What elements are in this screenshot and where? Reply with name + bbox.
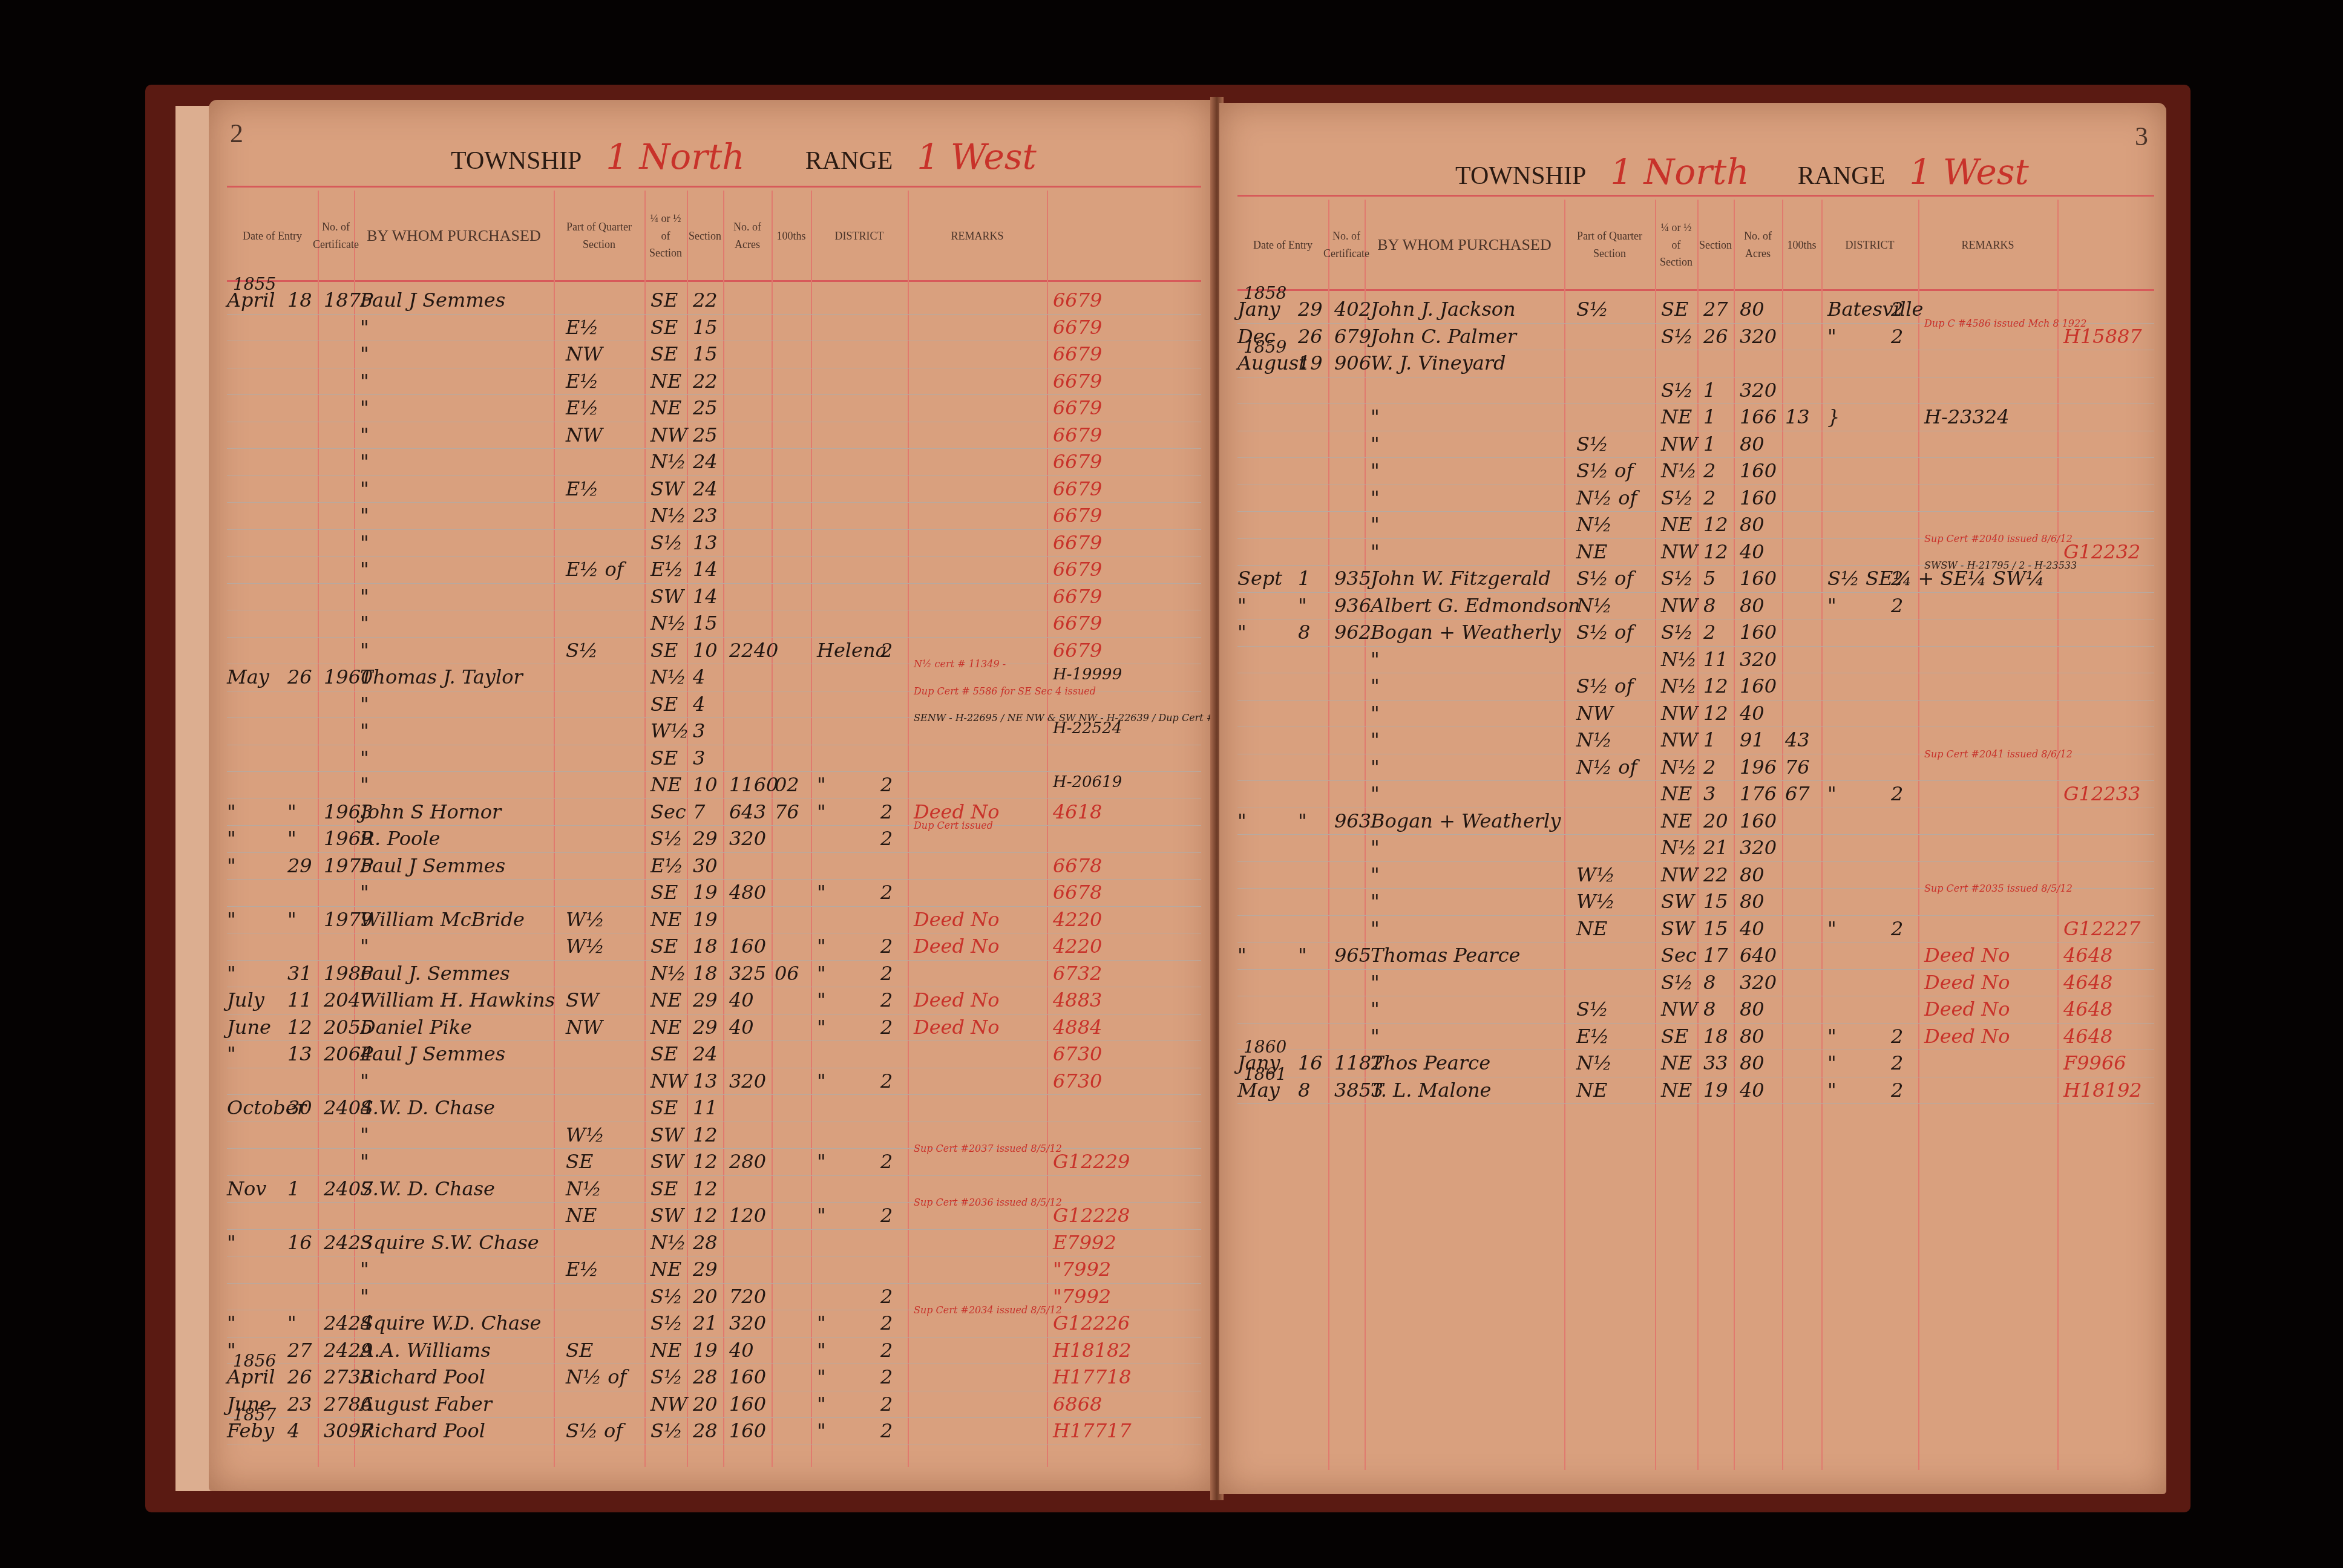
quarter-cell: NW xyxy=(1661,998,1698,1021)
month-cell: " xyxy=(227,1042,236,1065)
section-cell: 12 xyxy=(1703,702,1728,725)
acres-cell: 160 xyxy=(729,1393,766,1416)
day-cell: 29 xyxy=(1298,298,1323,321)
section-cell: 18 xyxy=(693,962,718,985)
acres-cell: 196 xyxy=(1740,756,1777,779)
quarter-cell: S½ xyxy=(650,1365,683,1388)
acres-cell: 160 xyxy=(729,1365,766,1388)
section-cell: 18 xyxy=(693,935,718,958)
name-cell: " xyxy=(1371,1025,1380,1048)
name-cell: John S Hornor xyxy=(360,800,501,823)
table-row: S½1320 xyxy=(1237,377,2154,405)
name-cell: T. L. Malone xyxy=(1371,1079,1491,1102)
name-cell: " xyxy=(360,477,369,500)
hundredths-cell: 06 xyxy=(775,962,799,985)
quarter-cell: SE xyxy=(650,639,678,662)
section-cell: 3 xyxy=(693,719,705,742)
part-cell: E½ xyxy=(566,316,598,339)
table-row: "S½136679 xyxy=(227,530,1201,557)
table-row: October302404S.W. D. ChaseSE11 xyxy=(227,1095,1201,1122)
name-cell: Thos Pearce xyxy=(1371,1051,1490,1074)
name-cell: " xyxy=(360,935,369,958)
name-cell: John W. Fitzgerald xyxy=(1371,567,1551,590)
part-cell: W½ xyxy=(566,908,605,931)
section-cell: 26 xyxy=(1703,325,1728,348)
name-cell: Bogan + Weatherly xyxy=(1371,809,1561,832)
section-cell: 24 xyxy=(693,450,718,473)
column-header: Date of Entry xyxy=(1237,206,1328,284)
dist-no-cell: 2 xyxy=(880,1312,893,1334)
table-row: ""1963John S HornorSec764376"2Deed No461… xyxy=(227,799,1201,826)
day-cell: 26 xyxy=(1298,325,1323,348)
column-header: ¼ or ½ of Section xyxy=(644,197,687,275)
table-row: "SESW12280"2Sup Cert #2037 issued 8/5/12… xyxy=(227,1149,1201,1176)
table-row: "S½NW880Deed No4648 xyxy=(1237,996,2154,1024)
quarter-cell: NW xyxy=(650,1393,687,1416)
part-cell: N½ xyxy=(1576,1051,1612,1074)
ledger-table: Date of EntryNo. of CertificateBY WHOM P… xyxy=(1237,200,2154,1470)
quarter-cell: S½ xyxy=(1661,379,1693,402)
table-row: "SE19480"26678 xyxy=(227,880,1201,907)
quarter-cell: NE xyxy=(650,773,681,796)
section-cell: 5 xyxy=(1703,567,1715,590)
acres-cell: 80 xyxy=(1740,594,1765,617)
part-cell: NE xyxy=(1576,1079,1607,1102)
table-row: "NE10116002"2H-20619 xyxy=(227,772,1201,799)
column-header: Section xyxy=(1697,206,1734,284)
day-cell: 23 xyxy=(287,1393,312,1416)
ref-cell: 6679 xyxy=(1053,477,1102,500)
section-cell: 15 xyxy=(693,612,718,635)
name-cell: " xyxy=(1371,863,1380,886)
remarks-cell: Sup Cert #2037 issued 8/5/12 xyxy=(914,1143,1062,1154)
remarks-cell: Dup C #4586 issued Mch 8 1922 xyxy=(1924,318,2086,329)
acres-cell: 325 xyxy=(729,962,766,985)
quarter-cell: N½ xyxy=(1661,756,1697,779)
part-cell: E½ xyxy=(566,1258,598,1281)
table-row: ""2424Squire W.D. ChaseS½21320"2Sup Cert… xyxy=(227,1310,1201,1338)
name-cell: " xyxy=(360,342,369,365)
part-cell: N½ xyxy=(1576,728,1612,751)
acres-cell: 40 xyxy=(729,1016,754,1039)
district-cell: " xyxy=(817,1070,826,1093)
name-cell: Paul J Semmes xyxy=(360,854,505,877)
section-cell: 15 xyxy=(1703,917,1728,940)
name-cell: " xyxy=(1371,782,1380,805)
ref-cell: H-20619 xyxy=(1053,773,1122,791)
section-cell: 13 xyxy=(693,1070,718,1093)
section-cell: 12 xyxy=(693,1177,718,1200)
part-cell: S½ of xyxy=(566,1419,623,1442)
quarter-cell: Sec xyxy=(650,800,686,823)
section-cell: 1 xyxy=(1703,405,1715,428)
table-row: "NW13320"26730 xyxy=(227,1068,1201,1096)
dist-no-cell: 2 xyxy=(880,1365,893,1388)
table-row: 1859August19906W. J. Vineyard xyxy=(1237,350,2154,377)
page-number: 2 xyxy=(230,118,243,149)
acres-cell: 166 xyxy=(1740,405,1777,428)
table-row: "311986Paul J. SemmesN½1832506"26732 xyxy=(227,961,1201,988)
quarter-cell: E½ xyxy=(650,854,683,877)
section-cell: 21 xyxy=(1703,836,1728,859)
part-cell: S½ xyxy=(566,639,598,662)
section-cell: 20 xyxy=(693,1393,718,1416)
quarter-cell: SE xyxy=(650,1042,678,1065)
section-cell: 4 xyxy=(693,693,705,716)
acres-cell: 160 xyxy=(1740,459,1777,482)
table-row: "SW146679 xyxy=(227,584,1201,611)
quarter-cell: S½ xyxy=(1661,486,1693,509)
part-cell: SE xyxy=(566,1150,593,1173)
quarter-cell: S½ xyxy=(1661,621,1693,644)
table-row: "N½236679 xyxy=(227,503,1201,530)
quarter-cell: NE xyxy=(650,1258,681,1281)
name-cell: W. J. Vineyard xyxy=(1371,351,1506,374)
flyleaf xyxy=(175,106,212,1491)
remarks-cell: N½ cert # 11349 - xyxy=(914,658,1006,670)
right-page: 3 TOWNSHIP 1 North RANGE 1 West Date of … xyxy=(1219,103,2166,1494)
acres-cell: 320 xyxy=(1740,325,1777,348)
section-cell: 15 xyxy=(1703,890,1728,913)
section-cell: 8 xyxy=(1703,998,1715,1021)
quarter-cell: N½ xyxy=(1661,675,1697,697)
dist-no-cell: 2 xyxy=(1891,325,1903,348)
ref-cell: 6679 xyxy=(1053,558,1102,581)
ref-cell: 6679 xyxy=(1053,370,1102,393)
acres-cell: 320 xyxy=(1740,971,1777,994)
acres-cell: 160 xyxy=(1740,486,1777,509)
section-cell: 11 xyxy=(1703,648,1728,671)
section-cell: 29 xyxy=(693,988,718,1011)
quarter-cell: NE xyxy=(1661,513,1692,536)
acres-cell: 320 xyxy=(729,827,766,850)
name-cell: " xyxy=(1371,486,1380,509)
section-cell: 2 xyxy=(1703,756,1715,779)
remarks-cell: Deed No xyxy=(914,935,999,958)
dist-no-cell: 2 xyxy=(880,988,893,1011)
section-cell: 24 xyxy=(693,477,718,500)
ref-cell: G12227 xyxy=(2063,917,2140,940)
day-cell: " xyxy=(1298,944,1307,967)
column-header: No. of Acres xyxy=(1734,206,1782,284)
name-cell: " xyxy=(360,1258,369,1281)
table-row: 1856April262733Richard PoolN½ ofS½28160"… xyxy=(227,1364,1201,1391)
part-cell: N½ xyxy=(1576,513,1612,536)
quarter-cell: NW xyxy=(1661,702,1698,725)
part-cell: N½ of xyxy=(1576,486,1637,509)
quarter-cell: NW xyxy=(1661,540,1698,563)
column-header: No. of Acres xyxy=(723,197,772,275)
table-row: "S½NW180 xyxy=(1237,431,2154,459)
quarter-cell: Sec xyxy=(1661,944,1697,967)
township-value: 1 North xyxy=(1610,151,1749,192)
ref-cell: H17717 xyxy=(1053,1419,1132,1442)
part-cell: NE xyxy=(566,1204,597,1227)
district-cell: " xyxy=(817,988,826,1011)
ref-cell: H15887 xyxy=(2063,325,2142,348)
part-cell: S½ of xyxy=(1576,459,1633,482)
acres-cell: 320 xyxy=(729,1070,766,1093)
quarter-cell: SE xyxy=(650,316,678,339)
section-cell: 1 xyxy=(1703,379,1715,402)
quarter-cell: NE xyxy=(650,908,681,931)
name-cell: " xyxy=(360,773,369,796)
month-cell: April xyxy=(227,289,275,312)
quarter-cell: N½ xyxy=(1661,836,1697,859)
day-cell: 1 xyxy=(287,1177,300,1200)
part-cell: E½ xyxy=(566,370,598,393)
table-row: "E½NE29"7992 xyxy=(227,1256,1201,1284)
section-cell: 2 xyxy=(1703,486,1715,509)
month-cell: " xyxy=(1237,809,1247,832)
acres-cell: 160 xyxy=(1740,621,1777,644)
name-cell: John J. Jackson xyxy=(1371,298,1516,321)
month-cell: June xyxy=(227,1016,271,1039)
section-cell: 3 xyxy=(693,746,705,769)
page-title: TOWNSHIP 1 North RANGE 1 West xyxy=(451,136,1037,177)
range-label: RANGE xyxy=(805,146,893,175)
acres-cell: 80 xyxy=(1740,998,1765,1021)
quarter-cell: N½ xyxy=(650,504,686,527)
table-row: "E½SE156679 xyxy=(227,315,1201,342)
name-cell: " xyxy=(1371,513,1380,536)
month-cell: Nov xyxy=(227,1177,266,1200)
cert-cell: 935 xyxy=(1334,567,1371,590)
quarter-cell: SW xyxy=(650,477,684,500)
remarks-cell: Sup Cert #2036 issued 8/5/12 xyxy=(914,1197,1062,1208)
quarter-cell: S½ xyxy=(1661,971,1693,994)
name-cell: Squire W.D. Chase xyxy=(360,1312,542,1334)
acres-cell: 80 xyxy=(1740,298,1765,321)
township-label: TOWNSHIP xyxy=(451,146,582,175)
month-cell: Sept xyxy=(1237,567,1282,590)
quarter-cell: SE xyxy=(650,746,678,769)
name-cell: " xyxy=(360,423,369,446)
table-row: "N½21320 xyxy=(1237,835,2154,862)
name-cell: " xyxy=(360,585,369,608)
section-cell: 1 xyxy=(1703,433,1715,456)
ref-cell: G12226 xyxy=(1053,1312,1130,1334)
hundredths-cell: 76 xyxy=(775,800,799,823)
quarter-cell: NE xyxy=(1661,1079,1692,1102)
quarter-cell: N½ xyxy=(650,962,686,985)
quarter-cell: N½ xyxy=(1661,648,1697,671)
section-cell: 10 xyxy=(693,639,718,662)
table-row: "N½ ofS½2160 xyxy=(1237,485,2154,512)
name-cell: " xyxy=(1371,540,1380,563)
table-row: June122055Daniel PikeNWNE2940"2Deed No48… xyxy=(227,1014,1201,1042)
quarter-cell: NE xyxy=(1661,809,1692,832)
acres-cell: 160 xyxy=(1740,567,1777,590)
part-cell: NE xyxy=(1576,540,1607,563)
name-cell: " xyxy=(360,1070,369,1093)
remarks-cell: Deed No xyxy=(1924,944,2010,967)
table-row: "N½11320 xyxy=(1237,647,2154,674)
day-cell: 12 xyxy=(287,1016,312,1039)
day-cell: 27 xyxy=(287,1339,312,1362)
remarks-cell: Deed No xyxy=(914,988,999,1011)
table-row: "NWNW1240 xyxy=(1237,701,2154,728)
ref-cell: 6679 xyxy=(1053,423,1102,446)
table-row: "272429A.A. WilliamsSENE1940"2H18182 xyxy=(227,1338,1201,1365)
part-cell: S½ xyxy=(1576,433,1608,456)
name-cell: " xyxy=(1371,998,1380,1021)
district-cell: " xyxy=(817,800,826,823)
ref-cell: 6679 xyxy=(1053,289,1102,312)
table-row: 1860Jany161182Thos PearceN½NE3380"2F9966 xyxy=(1237,1050,2154,1077)
column-header: Date of Entry xyxy=(227,197,318,275)
part-cell: SE xyxy=(566,1339,593,1362)
dist-no-cell: 2 xyxy=(880,1419,893,1442)
part-cell: SW xyxy=(566,988,599,1011)
section-cell: 24 xyxy=(693,1042,718,1065)
dist-no-cell: 2 xyxy=(880,1070,893,1093)
quarter-cell: N½ xyxy=(650,665,686,688)
acres-cell: 40 xyxy=(729,1339,754,1362)
cert-cell: 402 xyxy=(1334,298,1371,321)
district-cell: " xyxy=(1827,325,1837,348)
ref-cell: 6678 xyxy=(1053,854,1102,877)
section-cell: 27 xyxy=(1703,298,1728,321)
quarter-cell: SE xyxy=(650,693,678,716)
section-cell: 25 xyxy=(693,423,718,446)
district-cell: " xyxy=(1827,594,1837,617)
part-cell: NW xyxy=(1576,702,1613,725)
quarter-cell: NE xyxy=(650,370,681,393)
ref-cell: 6730 xyxy=(1053,1070,1102,1093)
section-cell: 7 xyxy=(693,800,705,823)
ref-cell: 4220 xyxy=(1053,935,1102,958)
ref-cell: 6732 xyxy=(1053,962,1102,985)
table-row: ""1979William McBrideW½NE19Deed No4220 xyxy=(227,907,1201,934)
part-cell: E½ xyxy=(566,396,598,419)
day-cell: 30 xyxy=(287,1096,312,1119)
section-cell: 14 xyxy=(693,585,718,608)
section-cell: 12 xyxy=(1703,675,1728,697)
quarter-cell: N½ xyxy=(650,450,686,473)
ref-cell: 6679 xyxy=(1053,504,1102,527)
cert-cell: 963 xyxy=(1334,809,1371,832)
name-cell: " xyxy=(360,881,369,904)
part-cell: NE xyxy=(1576,917,1607,940)
district-cell: " xyxy=(817,1016,826,1039)
name-cell: " xyxy=(1371,648,1380,671)
table-row: "NWNW256679 xyxy=(227,422,1201,449)
name-cell: William McBride xyxy=(360,908,525,931)
column-header: Part of Quarter Section xyxy=(1564,206,1655,284)
dist-no-cell: 2 xyxy=(1891,1025,1903,1048)
name-cell: Richard Pool xyxy=(360,1365,485,1388)
township-label: TOWNSHIP xyxy=(1455,162,1586,191)
section-cell: 12 xyxy=(1703,513,1728,536)
table-row: "E½NE256679 xyxy=(227,395,1201,422)
section-cell: 28 xyxy=(693,1365,718,1388)
ref-cell: 6679 xyxy=(1053,342,1102,365)
quarter-cell: SW xyxy=(650,585,684,608)
part-cell: W½ xyxy=(566,1123,605,1146)
hundredths-cell: 43 xyxy=(1785,728,1810,751)
ref-cell: G12229 xyxy=(1053,1150,1130,1173)
ref-cell: 4884 xyxy=(1053,1016,1102,1039)
day-cell: 18 xyxy=(287,289,312,312)
section-cell: 22 xyxy=(693,370,718,393)
section-cell: 14 xyxy=(693,558,718,581)
ref-cell: 6679 xyxy=(1053,612,1102,635)
quarter-cell: NE xyxy=(1661,1051,1692,1074)
ref-cell: 6730 xyxy=(1053,1042,1102,1065)
table-row: "291975Paul J SemmesE½306678 xyxy=(227,853,1201,880)
name-cell: " xyxy=(360,639,369,662)
column-header: Part of Quarter Section xyxy=(554,197,644,275)
remarks-cell: SWSW - H-21795 / 2 - H-23533 xyxy=(1924,560,2077,571)
ref-cell: 6679 xyxy=(1053,639,1102,662)
ledger-table: Date of EntryNo. of CertificateBY WHOM P… xyxy=(227,191,1201,1467)
section-cell: 20 xyxy=(1703,809,1728,832)
section-cell: 33 xyxy=(1703,1051,1728,1074)
day-cell: 29 xyxy=(287,854,312,877)
remarks-cell: Dup Cert # 5586 for SE Sec 4 issued xyxy=(914,685,1096,697)
day-cell: " xyxy=(287,827,297,850)
month-cell: July xyxy=(227,988,264,1011)
hundredths-cell: 76 xyxy=(1785,756,1810,779)
column-header: DISTRICT xyxy=(1821,206,1918,284)
section-cell: 2 xyxy=(1703,621,1715,644)
district-cell: Helena xyxy=(817,639,887,662)
table-row: Sept1935John W. FitzgeraldS½ ofS½5160S½ … xyxy=(1237,566,2154,593)
quarter-cell: SW xyxy=(1661,917,1694,940)
section-cell: 28 xyxy=(693,1231,718,1254)
quarter-cell: S½ xyxy=(650,1312,683,1334)
township-value: 1 North xyxy=(606,136,744,177)
day-cell: " xyxy=(287,908,297,931)
name-cell: Squire S.W. Chase xyxy=(360,1231,539,1254)
section-cell: 8 xyxy=(1703,594,1715,617)
quarter-cell: NE xyxy=(650,988,681,1011)
dist-no-cell: 2 xyxy=(1891,782,1903,805)
name-cell: William H. Hawkins xyxy=(360,988,555,1011)
remarks-cell: Sup Cert #2041 issued 8/6/12 xyxy=(1924,748,2073,760)
name-cell: " xyxy=(360,450,369,473)
table-row: "S½8320Deed No4648 xyxy=(1237,970,2154,997)
section-cell: 12 xyxy=(1703,540,1728,563)
table-row: "S½ ofN½12160 xyxy=(1237,673,2154,701)
section-cell: 18 xyxy=(1703,1025,1728,1048)
month-cell: " xyxy=(227,1231,236,1254)
name-cell: " xyxy=(360,316,369,339)
district-cell: " xyxy=(817,1365,826,1388)
cert-cell: 906 xyxy=(1334,351,1371,374)
month-cell: " xyxy=(1237,621,1247,644)
table-row: ""936Albert G. EdmondsonN½NW880"2 xyxy=(1237,593,2154,620)
remarks-cell: Deed No xyxy=(1924,998,2010,1021)
district-cell: " xyxy=(817,773,826,796)
day-cell: " xyxy=(1298,809,1307,832)
quarter-cell: N½ xyxy=(1661,459,1697,482)
name-cell: Paul J Semmes xyxy=(360,289,505,312)
ref-cell: F9966 xyxy=(2063,1051,2126,1074)
section-cell: 28 xyxy=(693,1419,718,1442)
quarter-cell: SW xyxy=(650,1150,684,1173)
name-cell: " xyxy=(360,719,369,742)
day-cell: 31 xyxy=(287,962,312,985)
section-cell: 1 xyxy=(1703,728,1715,751)
part-cell: NW xyxy=(566,1016,603,1039)
dist-no-cell: 2 xyxy=(1891,298,1903,321)
remarks-cell: Deed No xyxy=(1924,971,2010,994)
section-cell: 21 xyxy=(693,1312,718,1334)
hundredths-cell: 02 xyxy=(775,773,799,796)
column-header: BY WHOM PURCHASED xyxy=(354,197,554,275)
